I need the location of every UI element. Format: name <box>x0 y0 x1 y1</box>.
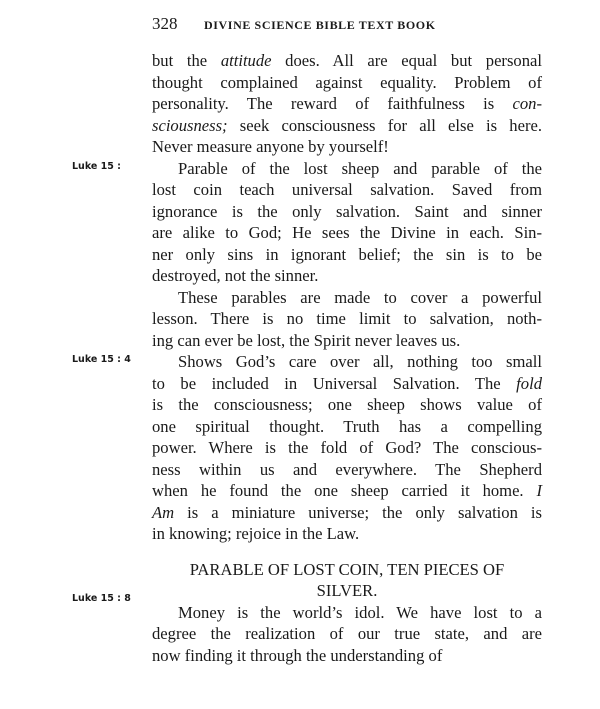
text-run: in knowing; rejoice in the Law. <box>152 524 359 543</box>
text-run: but the <box>152 51 221 70</box>
paragraph-3: These parables are made to cover a power… <box>152 287 542 352</box>
text-line: thought complained against equality. Pro… <box>152 72 542 94</box>
text-line: now finding it through the understanding… <box>152 645 542 667</box>
text-run: Never measure anyone by yourself! <box>152 137 389 156</box>
running-head-title: DIVINE SCIENCE BIBLE TEXT BOOK <box>204 18 436 33</box>
page-number: 328 <box>152 14 178 34</box>
text-line: ner only sins in ignorant belief; the si… <box>152 244 542 266</box>
text-line: in knowing; rejoice in the Law. <box>152 523 542 545</box>
text-run: ness within us and everywhere. The Sheph… <box>152 460 542 479</box>
paragraphs: but the attitude does. All are equal but… <box>152 50 542 545</box>
text-run: is the consciousness; one sheep shows va… <box>152 395 542 414</box>
text-run: destroyed, not the sinner. <box>152 266 318 285</box>
text-run: ner only sins in ignorant belief; the si… <box>152 245 542 264</box>
text-line: one spiritual thought. Truth has a compe… <box>152 416 542 438</box>
scripture-reference: Luke 15 : <box>72 161 121 172</box>
text-line: destroyed, not the sinner. <box>152 265 542 287</box>
italic-text: fold <box>516 374 542 393</box>
section-heading-line-2: SILVER. <box>152 580 542 602</box>
text-run: are alike to God; He sees the Divine in … <box>152 223 542 242</box>
final-paragraph: Money is the world’s idol. We have lost … <box>152 602 542 667</box>
text-line: personality. The reward of faithfulness … <box>152 93 542 115</box>
text-run: lesson. There is no time limit to salvat… <box>152 309 542 328</box>
text-run: now finding it through the understanding… <box>152 646 442 665</box>
text-run: personality. The reward of faithfulness … <box>152 94 513 113</box>
body-text: but the attitude does. All are equal but… <box>152 50 542 666</box>
italic-text: Am <box>152 503 174 522</box>
italic-text: con- <box>513 94 543 113</box>
text-run: Money is the world’s idol. We have lost … <box>178 603 542 622</box>
text-line: are alike to God; He sees the Divine in … <box>152 222 542 244</box>
text-line: lesson. There is no time limit to salvat… <box>152 308 542 330</box>
text-run: to be included in Universal Salvation. T… <box>152 374 516 393</box>
italic-text: sciousness; <box>152 116 228 135</box>
text-run: thought complained against equality. Pro… <box>152 73 542 92</box>
text-line: power. Where is the fold of God? The con… <box>152 437 542 459</box>
text-run: one spiritual thought. Truth has a compe… <box>152 417 542 436</box>
text-run: Parable of the lost sheep and parable of… <box>178 159 542 178</box>
text-line: but the attitude does. All are equal but… <box>152 50 542 72</box>
running-head: 328 DIVINE SCIENCE BIBLE TEXT BOOK <box>152 14 542 38</box>
text-run: lost coin teach universal salvation. Sav… <box>152 180 542 199</box>
text-line: degree the realization of our true state… <box>152 623 542 645</box>
text-line: ignorance is the only salvation. Saint a… <box>152 201 542 223</box>
text-run: when he found the one sheep carried it h… <box>152 481 536 500</box>
text-line: These parables are made to cover a power… <box>152 287 542 309</box>
paragraph-2: Parable of the lost sheep and parable of… <box>152 158 542 287</box>
paragraph-4: Shows God’s care over all, nothing too s… <box>152 351 542 545</box>
text-line: is the consciousness; one sheep shows va… <box>152 394 542 416</box>
text-run: degree the realization of our true state… <box>152 624 542 643</box>
text-line: Parable of the lost sheep and parable of… <box>152 158 542 180</box>
text-line: Am is a miniature universe; the only sal… <box>152 502 542 524</box>
text-line: Shows God’s care over all, nothing too s… <box>152 351 542 373</box>
book-page: 328 DIVINE SCIENCE BIBLE TEXT BOOK Luke … <box>0 0 600 709</box>
text-run: These parables are made to cover a power… <box>178 288 542 307</box>
text-run: seek consciousness for all else is here. <box>228 116 542 135</box>
paragraph-money: Money is the world’s idol. We have lost … <box>152 602 542 667</box>
section-heading-line-1: PARABLE OF LOST COIN, TEN PIECES OF <box>152 559 542 581</box>
text-run: Shows God’s care over all, nothing too s… <box>178 352 542 371</box>
text-run: ing can ever be lost, the Spirit never l… <box>152 331 460 350</box>
text-line: to be included in Universal Salvation. T… <box>152 373 542 395</box>
text-run: ignorance is the only salvation. Saint a… <box>152 202 542 221</box>
text-line: ing can ever be lost, the Spirit never l… <box>152 330 542 352</box>
italic-text: attitude <box>221 51 272 70</box>
text-line: lost coin teach universal salvation. Sav… <box>152 179 542 201</box>
text-run: does. All are equal but personal <box>272 51 542 70</box>
text-line: sciousness; seek consciousness for all e… <box>152 115 542 137</box>
scripture-reference: Luke 15 : 4 <box>72 354 131 365</box>
text-line: Never measure anyone by yourself! <box>152 136 542 158</box>
text-line: Money is the world’s idol. We have lost … <box>152 602 542 624</box>
italic-text: I <box>536 481 542 500</box>
text-run: is a miniature universe; the only salvat… <box>174 503 542 522</box>
scripture-reference: Luke 15 : 8 <box>72 593 131 604</box>
text-run: power. Where is the fold of God? The con… <box>152 438 542 457</box>
text-line: when he found the one sheep carried it h… <box>152 480 542 502</box>
text-line: ness within us and everywhere. The Sheph… <box>152 459 542 481</box>
paragraph-1: but the attitude does. All are equal but… <box>152 50 542 158</box>
